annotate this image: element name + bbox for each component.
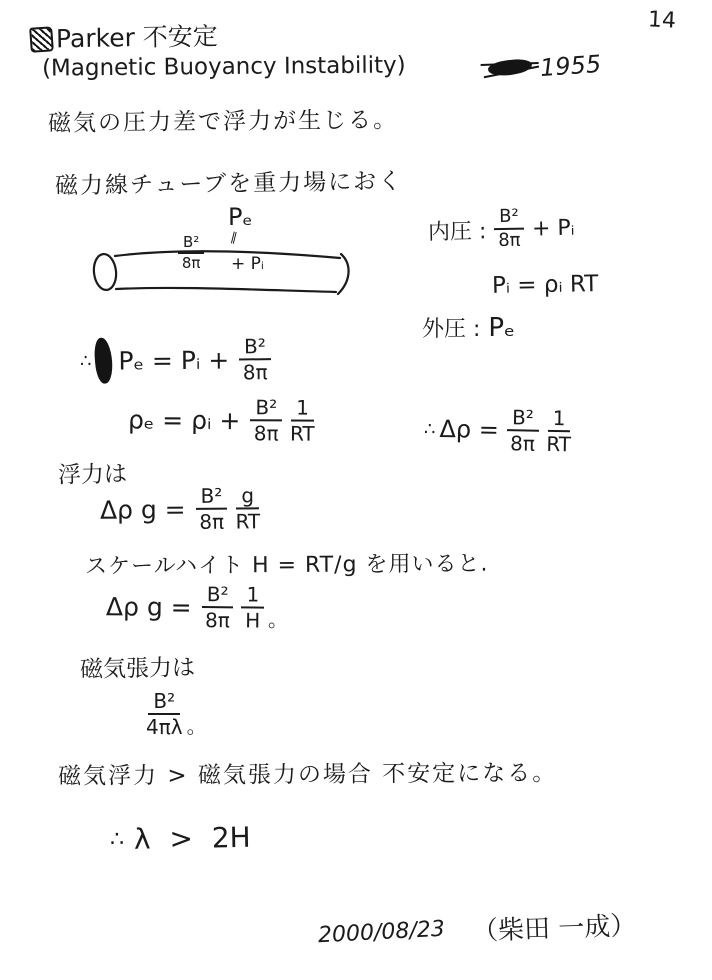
equation-lhs: Pₑ = Pᵢ +: [118, 345, 229, 375]
fraction-denominator: RT: [235, 510, 260, 534]
therefore-symbol: ∴: [80, 351, 92, 372]
outer-pressure-label: 外圧 :: [422, 312, 480, 343]
fraction-denominator: 8π: [205, 608, 230, 632]
fraction-numerator: 1: [291, 396, 314, 422]
fraction-denominator: 8π: [254, 422, 279, 446]
tension-equation: B² 4πλ 。: [146, 690, 207, 739]
flux-tube-diagram: Pₑ ‖ B² 8π + Pᵢ: [88, 203, 388, 303]
flux-tube-drawing: [90, 243, 370, 299]
fraction: B² 4πλ: [146, 690, 183, 739]
external-pressure-label: Pₑ: [228, 203, 252, 231]
fraction-numerator: 1: [241, 583, 264, 609]
date-label: 2000/08/23: [317, 917, 445, 949]
fraction-denominator: 8π: [243, 361, 268, 385]
fraction: B² 8π: [195, 485, 227, 534]
intro-line: 磁気の圧力差で浮力が生じる。: [48, 101, 398, 138]
density-equation: ρₑ = ρᵢ + B² 8π 1 RT: [128, 395, 315, 445]
fraction-numerator: B²: [250, 396, 282, 422]
scale-height-line: スケールハイト H = RT/g を用いると.: [85, 547, 489, 581]
fraction-numerator: B²: [494, 207, 524, 231]
fraction-denominator: RT: [290, 422, 315, 446]
therefore-symbol: ∴: [424, 419, 436, 440]
fraction-denominator: RT: [546, 432, 571, 456]
fraction: B² 8π: [250, 396, 282, 445]
buoyancy-equation: Δρ g = B² 8π g RT: [100, 484, 261, 534]
signature-label: （柴田 一成）: [471, 905, 636, 948]
fraction: B² 8π: [494, 207, 524, 252]
equation-lhs: ρₑ = ρᵢ +: [128, 405, 241, 435]
therefore-symbol: ∴: [110, 827, 124, 852]
setup-line: 磁力線チューブを重力場におく: [55, 163, 404, 201]
fraction-numerator: B²: [178, 234, 204, 254]
fraction-numerator: 1: [548, 407, 571, 433]
fraction: 1 RT: [290, 396, 315, 445]
scribble-crossout-icon: [94, 337, 115, 384]
fraction: 1 H: [241, 583, 264, 632]
fraction-numerator: B²: [195, 485, 227, 511]
fraction-numerator: B²: [239, 335, 271, 361]
notebook-page: 14 Parker 不安定 (Magnetic Buoyancy Instabi…: [0, 0, 712, 980]
fraction-denominator: H: [245, 609, 260, 633]
fraction-denominator: 8π: [498, 230, 521, 252]
fraction: g RT: [235, 484, 260, 533]
conclusion-line: ∴ λ > 2H: [110, 821, 251, 856]
outer-pressure-equation: 外圧 : Pₑ: [422, 312, 515, 343]
equation-lhs: Δρ =: [439, 415, 499, 444]
note-title: Parker 不安定: [56, 17, 218, 56]
fraction-denominator: 8π: [182, 254, 201, 272]
magnetic-pressure-fraction: B² 8π: [178, 234, 204, 272]
sentence-period: 。: [268, 603, 288, 632]
fraction-denominator: 8π: [510, 432, 535, 456]
fraction: 1 RT: [546, 407, 572, 456]
fraction-denominator: 8π: [199, 510, 224, 534]
fraction-numerator: g: [236, 484, 259, 510]
fraction-denominator: 4πλ: [146, 715, 183, 738]
ideal-gas-equation: Pᵢ = ρᵢ RT: [492, 271, 599, 299]
fraction: B² 8π: [201, 583, 233, 632]
inner-pressure-tail: + Pᵢ: [532, 215, 575, 241]
sentence-period: 。: [187, 710, 207, 739]
outer-pressure-value: Pₑ: [488, 313, 515, 343]
fraction: B² 8π: [239, 335, 271, 384]
inner-pressure-label: 内圧 :: [428, 214, 487, 246]
inner-pressure-equation: 内圧 : B² 8π + Pᵢ: [428, 206, 575, 253]
hatched-square-icon: [29, 26, 54, 53]
scribble-crossout-icon: [487, 58, 532, 78]
buoyancy-scale-height-equation: Δρ g = B² 8π 1 H 。: [106, 582, 289, 632]
fraction: B² 8π: [506, 406, 539, 455]
note-subtitle: (Magnetic Buoyancy Instability): [42, 52, 406, 81]
equation-lhs: Δρ g =: [100, 495, 186, 525]
buoyancy-heading: 浮力は: [58, 455, 128, 489]
instability-condition-line: 磁気浮力 > 磁気張力の場合 不安定になる。: [58, 754, 557, 790]
conclusion-statement: λ > 2H: [134, 821, 251, 856]
density-difference-equation: ∴ Δρ = B² 8π 1 RT: [424, 405, 572, 456]
tension-heading: 磁気張力は: [80, 649, 196, 684]
page-number: 14: [647, 7, 676, 33]
internal-pressure-label: + Pᵢ: [231, 254, 264, 274]
equation-lhs: Δρ g =: [106, 592, 192, 622]
fraction-numerator: B²: [148, 690, 180, 715]
fraction-numerator: B²: [507, 406, 539, 432]
pressure-balance-equation: ∴ Pₑ = Pᵢ + B² 8π: [80, 335, 271, 385]
fraction-numerator: B²: [202, 583, 234, 609]
year-label: 1955: [539, 50, 602, 82]
